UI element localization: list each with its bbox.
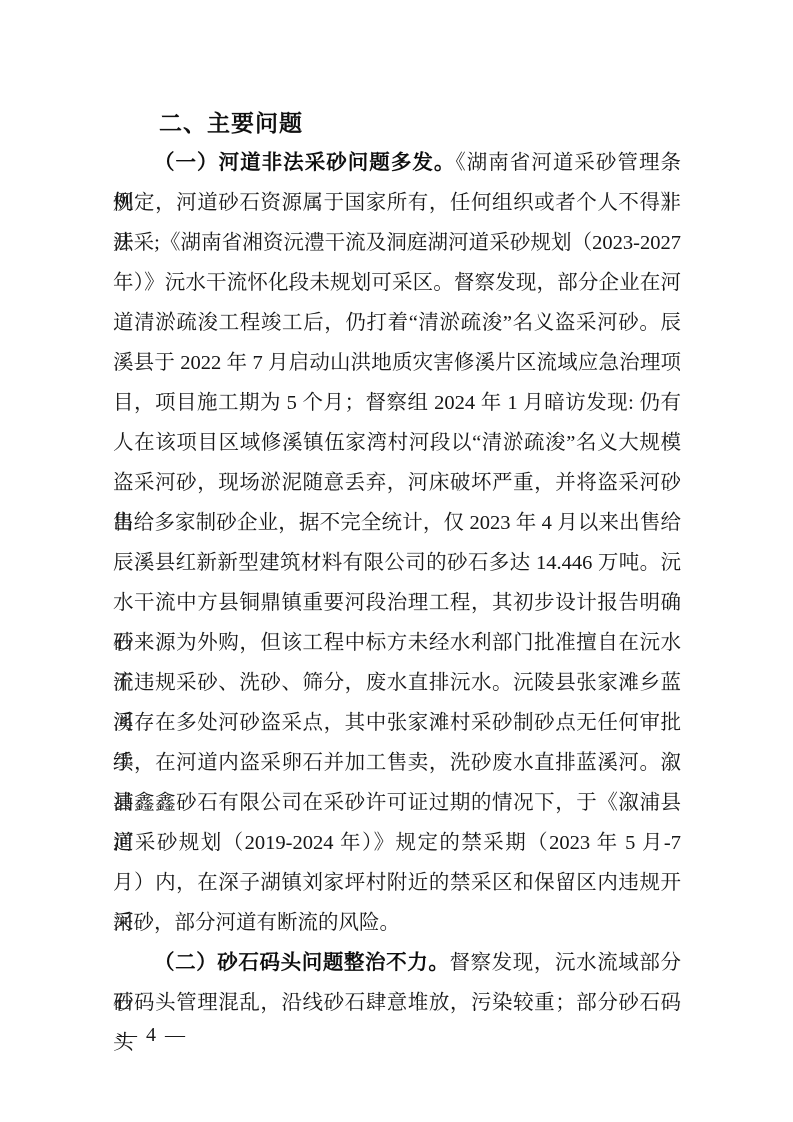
paragraphs: （一）河道非法采砂问题多发。《湖南省河道采砂管理条例》规定，河道砂石资源属于国家… [113, 143, 681, 1023]
section-heading: 二、主要问题 [113, 103, 681, 143]
text-line: 规定，河道砂石资源属于国家所有，任何组织或者个人不得非法 [113, 183, 681, 223]
paragraph-lead: （一）河道非法采砂问题多发。 [154, 152, 455, 174]
text-line: 盗采河砂，现场淤泥随意丢弃，河床破坏严重，并将盗采河砂出 [113, 463, 681, 503]
document-body: 二、主要问题 （一）河道非法采砂问题多发。《湖南省河道采砂管理条例》规定，河道砂… [113, 103, 681, 1023]
text-line: 溪县于 2022 年 7 月启动山洪地质灾害修溪片区流域应急治理项 [113, 343, 681, 383]
page-number: — 4 — [117, 1024, 187, 1047]
text-line: （二）砂石码头问题整治不力。督察发现，沅水流域部分砂 [113, 943, 681, 983]
text-line: 续，在河道内盗采卵石并加工售卖，洗砂废水直排蓝溪河。溆浦 [113, 743, 681, 783]
text-line: 河存在多处河砂盗采点，其中张家滩村采砂制砂点无任何审批手 [113, 703, 681, 743]
text-line: 流违规采砂、洗砂、筛分，废水直排沅水。沅陵县张家滩乡蓝溪 [113, 663, 681, 703]
text-line: 石码头管理混乱，沿线砂石肆意堆放，污染较重；部分砂石码头 [113, 983, 681, 1023]
text-line: 年）》沅水干流怀化段未规划可采区。督察发现，部分企业在河 [113, 263, 681, 303]
text-line: 目，项目施工期为 5 个月；督察组 2024 年 1 月暗访发现: 仍有 [113, 383, 681, 423]
text-line: 石来源为外购，但该工程中标方未经水利部门批准擅自在沅水干 [113, 623, 681, 663]
text-line: 道采砂规划（2019-2024 年）》规定的禁采期（2023 年 5 月-7 [113, 823, 681, 863]
text-line: 售给多家制砂企业，据不完全统计，仅 2023 年 4 月以来出售给 [113, 503, 681, 543]
text-line: 道清淤疏浚工程竣工后，仍打着“清淤疏浚”名义盗采河砂。辰 [113, 303, 681, 343]
text-line: 县鑫鑫砂石有限公司在采砂许可证过期的情况下，于《溆浦县河 [113, 783, 681, 823]
text-line: 人在该项目区域修溪镇伍家湾村河段以“清淤疏浚”名义大规模 [113, 423, 681, 463]
text-line: 河砂，部分河道有断流的风险。 [113, 903, 681, 943]
text-line: 辰溪县红新新型建筑材料有限公司的砂石多达 14.446 万吨。沅 [113, 543, 681, 583]
paragraph-lead: （二）砂石码头问题整治不力。 [154, 952, 449, 974]
text-line: 月）内，在深子湖镇刘家坪村附近的禁采区和保留区内违规开采 [113, 863, 681, 903]
text-line: 开采;《湖南省湘资沅澧干流及洞庭湖河道采砂规划（2023-2027 [113, 223, 681, 263]
document-page: 二、主要问题 （一）河道非法采砂问题多发。《湖南省河道采砂管理条例》规定，河道砂… [0, 0, 793, 1122]
text-line: 水干流中方县铜鼎镇重要河段治理工程，其初步设计报告明确砂 [113, 583, 681, 623]
text-line: （一）河道非法采砂问题多发。《湖南省河道采砂管理条例》 [113, 143, 681, 183]
